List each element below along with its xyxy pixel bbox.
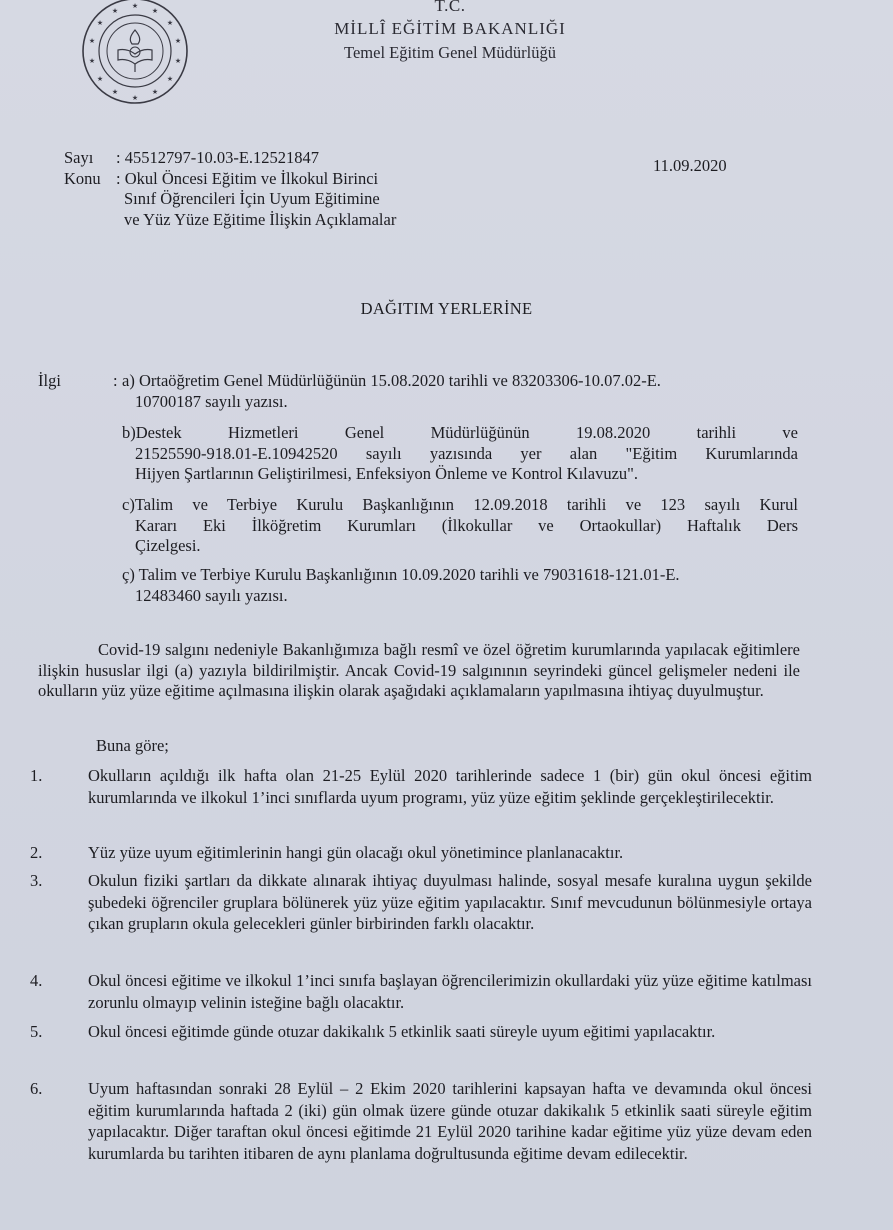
distribution-heading: DAĞITIM YERLERİNE — [0, 299, 893, 319]
list-item: 3. Okulun fiziki şartları da dikkate alı… — [30, 870, 812, 935]
svg-text:★: ★ — [175, 37, 181, 45]
country-label: T.C. — [300, 0, 600, 16]
svg-text:★: ★ — [152, 88, 158, 96]
svg-text:★: ★ — [167, 19, 173, 27]
intro-paragraph: Covid-19 salgını nedeniyle Bakanlığımıza… — [38, 640, 800, 702]
item-text: Okul öncesi eğitime ve ilkokul 1’inci sı… — [88, 970, 812, 1013]
document-page: ★★★ ★★★ ★★★ ★★★ ★★ T.C. MİLLÎ EĞİTİM BAK… — [0, 0, 893, 1230]
item-number: 2. — [30, 842, 88, 864]
ilgi-label: İlgi — [38, 371, 61, 391]
reference-c: c)Talim ve Terbiye Kurulu Başkanlığının … — [122, 495, 798, 557]
svg-text:★: ★ — [167, 75, 173, 83]
svg-text:★: ★ — [97, 19, 103, 27]
svg-text:★: ★ — [112, 88, 118, 96]
item-text: Okul öncesi eğitimde günde otuzar dakika… — [88, 1021, 812, 1043]
list-item: 5. Okul öncesi eğitimde günde otuzar dak… — [30, 1021, 812, 1043]
svg-text:★: ★ — [97, 75, 103, 83]
sayi-label: Sayı — [64, 148, 116, 169]
list-item: 1. Okulların açıldığı ilk hafta olan 21-… — [30, 765, 812, 808]
letterhead: T.C. MİLLÎ EĞİTİM BAKANLIĞI Temel Eğitim… — [300, 0, 600, 64]
item-number: 3. — [30, 870, 88, 935]
item-text: Okulların açıldığı ilk hafta olan 21-25 … — [88, 765, 812, 808]
meb-seal-icon: ★★★ ★★★ ★★★ ★★★ ★★ — [80, 0, 190, 112]
konu-label: Konu — [64, 169, 116, 231]
item-number: 1. — [30, 765, 88, 808]
svg-text:★: ★ — [132, 2, 138, 10]
ministry-name: MİLLÎ EĞİTİM BAKANLIĞI — [300, 16, 600, 42]
svg-text:★: ★ — [175, 57, 181, 65]
item-number: 5. — [30, 1021, 88, 1043]
item-text: Okulun fiziki şartları da dikkate alınar… — [88, 870, 812, 935]
reference-c-cedilla: ç) Talim ve Terbiye Kurulu Başkanlığının… — [122, 565, 798, 606]
item-text: Yüz yüze uyum eğitimlerinin hangi gün ol… — [88, 842, 812, 864]
department-name: Temel Eğitim Genel Müdürlüğü — [300, 42, 600, 64]
letter-date: 11.09.2020 — [653, 156, 727, 176]
list-item: 4. Okul öncesi eğitime ve ilkokul 1’inci… — [30, 970, 812, 1013]
reference-b: b)Destek Hizmetleri Genel Müdürlüğünün 1… — [122, 423, 798, 485]
ilgi-colon: : — [113, 371, 118, 391]
list-item: 6. Uyum haftasından sonraki 28 Eylül – 2… — [30, 1078, 812, 1164]
svg-text:★: ★ — [112, 7, 118, 15]
svg-text:★: ★ — [152, 7, 158, 15]
sayi-value: : 45512797-10.03-E.12521847 — [116, 148, 319, 169]
konu-value: : Okul Öncesi Eğitim ve İlkokul Birinci … — [116, 169, 396, 231]
item-number: 6. — [30, 1078, 88, 1164]
svg-text:★: ★ — [132, 94, 138, 102]
list-item: 2. Yüz yüze uyum eğitimlerinin hangi gün… — [30, 842, 812, 864]
letter-meta: Sayı : 45512797-10.03-E.12521847 Konu : … — [64, 148, 396, 230]
svg-text:★: ★ — [89, 37, 95, 45]
reference-a: a) Ortaöğretim Genel Müdürlüğünün 15.08.… — [122, 371, 798, 412]
item-text: Uyum haftasından sonraki 28 Eylül – 2 Ek… — [88, 1078, 812, 1164]
buna-gore-label: Buna göre; — [96, 736, 169, 756]
item-number: 4. — [30, 970, 88, 1013]
svg-text:★: ★ — [89, 57, 95, 65]
